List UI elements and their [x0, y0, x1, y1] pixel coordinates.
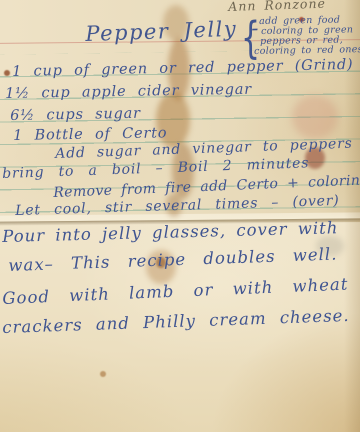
stain-dot: [100, 371, 106, 377]
recipe-photo: Ann Ronzone Pepper Jelly - { add green f…: [0, 0, 360, 432]
stain-pink-smudge: [292, 95, 338, 139]
ingredient-line: 1 Bottle of Certo: [13, 125, 167, 144]
ingredient-line: 6½ cups sugar: [10, 106, 141, 124]
coloring-note-line: coloring to red ones: [254, 45, 360, 57]
stain-dot: [4, 70, 10, 76]
